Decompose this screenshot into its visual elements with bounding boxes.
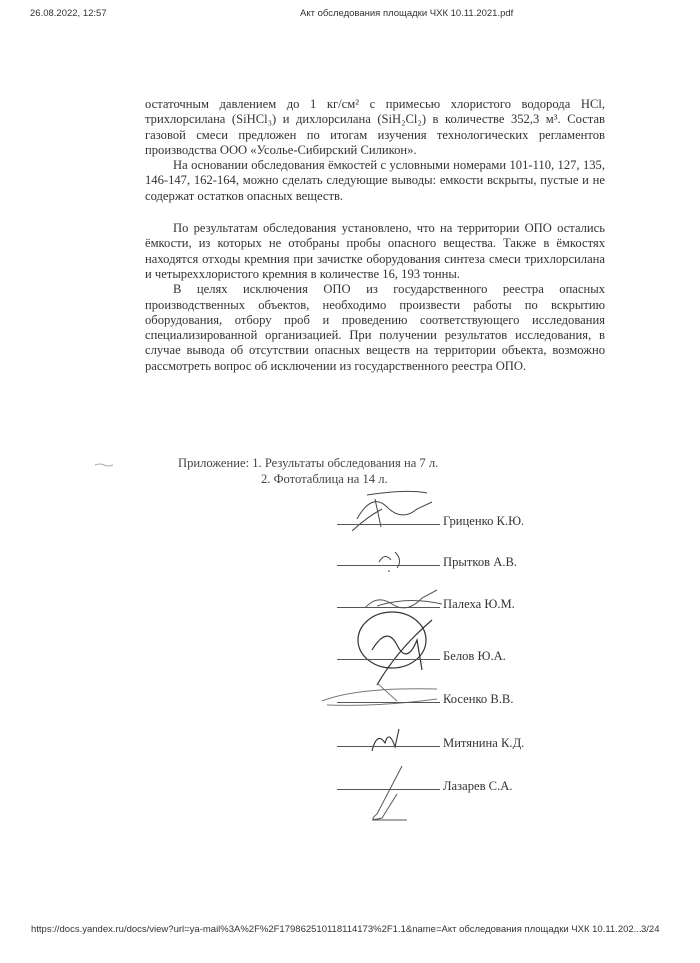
print-datetime: 26.08.2022, 12:57 xyxy=(30,8,107,19)
spacer xyxy=(145,204,605,221)
signatory-name: Гриценко К.Ю. xyxy=(443,514,524,529)
signature-line xyxy=(337,607,440,608)
document-title: Акт обследования площадки ЧХК 10.11.2021… xyxy=(300,8,513,19)
appendix-item-2: 2. Фототаблица на 14 л. xyxy=(178,471,438,487)
handwritten-signature-icon xyxy=(317,679,447,709)
handwritten-signature-icon xyxy=(337,764,447,824)
scan-artifact-icon xyxy=(94,461,114,469)
signature-line xyxy=(337,659,440,660)
signature-row: Гриценко К.Ю. xyxy=(337,495,597,525)
signature-line xyxy=(337,746,440,747)
signature-row: Палеха Ю.М. xyxy=(337,578,597,608)
paragraph-tanks-conclusion: На основании обследования ёмкостей с усл… xyxy=(145,158,605,204)
signature-line xyxy=(337,524,440,525)
paragraph-survey-results: По результатам обследования установлено,… xyxy=(145,221,605,282)
handwritten-signature-icon xyxy=(337,723,447,753)
signature-row: Лазарев С.А. xyxy=(337,760,597,790)
signature-row: Белов Ю.А. xyxy=(337,630,597,660)
source-url: https://docs.yandex.ru/docs/view?url=ya-… xyxy=(31,924,642,935)
document-body: остаточным давлением до 1 кг/см² с приме… xyxy=(145,97,605,374)
signature-line xyxy=(337,789,440,790)
paragraph-registry-exclusion: В целях исключения ОПО из государственно… xyxy=(145,282,605,374)
signatory-name: Лазарев С.А. xyxy=(443,779,512,794)
appendix-list: Приложение: 1. Результаты обследования н… xyxy=(178,455,438,487)
signature-row: Прытков А.В. xyxy=(337,536,597,566)
signatory-name: Косенко В.В. xyxy=(443,692,513,707)
print-footer: https://docs.yandex.ru/docs/view?url=ya-… xyxy=(0,924,700,938)
paragraph-gas-composition: остаточным давлением до 1 кг/см² с приме… xyxy=(145,97,605,158)
signatory-name: Митянина К.Д. xyxy=(443,736,524,751)
signature-line xyxy=(337,702,440,703)
signatory-name: Прытков А.В. xyxy=(443,555,517,570)
page-indicator: 3/24 xyxy=(641,924,660,935)
print-header: 26.08.2022, 12:57 Акт обследования площа… xyxy=(0,8,700,22)
signature-row: Митянина К.Д. xyxy=(337,717,597,747)
appendix-item-1: Приложение: 1. Результаты обследования н… xyxy=(178,455,438,471)
signature-row: Косенко В.В. xyxy=(337,673,597,703)
handwritten-signature-icon xyxy=(337,542,447,572)
signatory-name: Белов Ю.А. xyxy=(443,649,506,664)
signature-line xyxy=(337,565,440,566)
